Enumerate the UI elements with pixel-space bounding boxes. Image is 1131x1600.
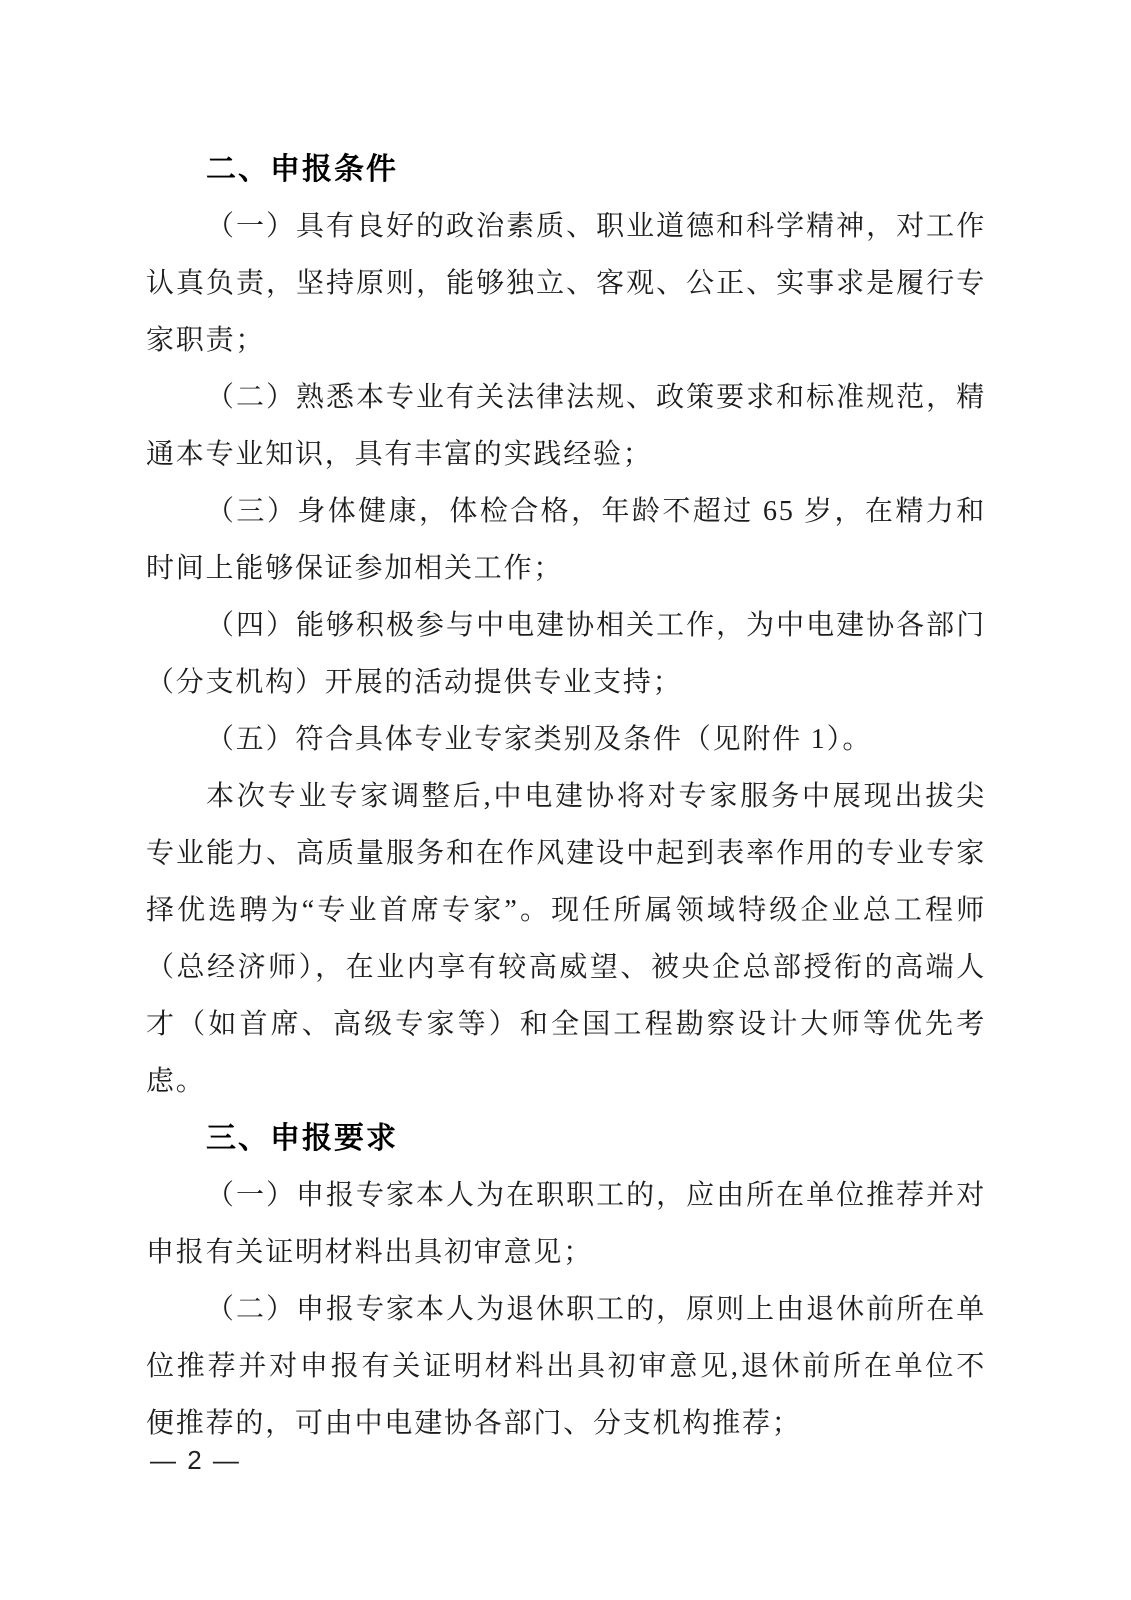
paragraph: （五）符合具体专业专家类别及条件（见附件 1）。: [146, 711, 986, 768]
paragraph: （四）能够积极参与中电建协相关工作，为中电建协各部门（分支机构）开展的活动提供专…: [146, 597, 986, 711]
document-page: 二、申报条件（一）具有良好的政治素质、职业道德和科学精神，对工作认真负责，坚持原…: [0, 0, 1131, 1600]
paragraph: （二）熟悉本专业有关法律法规、政策要求和标准规范，精通本专业知识，具有丰富的实践…: [146, 369, 986, 483]
paragraph: 本次专业专家调整后,中电建协将对专家服务中展现出拔尖专业能力、高质量服务和在作风…: [146, 768, 986, 1110]
document-body: 二、申报条件（一）具有良好的政治素质、职业道德和科学精神，对工作认真负责，坚持原…: [146, 141, 986, 1452]
paragraph: （三）身体健康，体检合格，年龄不超过 65 岁，在精力和时间上能够保证参加相关工…: [146, 483, 986, 597]
section-heading: 二、申报条件: [146, 141, 986, 198]
page-number: — 2 —: [150, 1445, 241, 1476]
paragraph: （一）申报专家本人为在职职工的，应由所在单位推荐并对申报有关证明材料出具初审意见…: [146, 1167, 986, 1281]
paragraph: （一）具有良好的政治素质、职业道德和科学精神，对工作认真负责，坚持原则，能够独立…: [146, 198, 986, 369]
section-heading: 三、申报要求: [146, 1110, 986, 1167]
paragraph: （二）申报专家本人为退休职工的，原则上由退休前所在单位推荐并对申报有关证明材料出…: [146, 1281, 986, 1452]
